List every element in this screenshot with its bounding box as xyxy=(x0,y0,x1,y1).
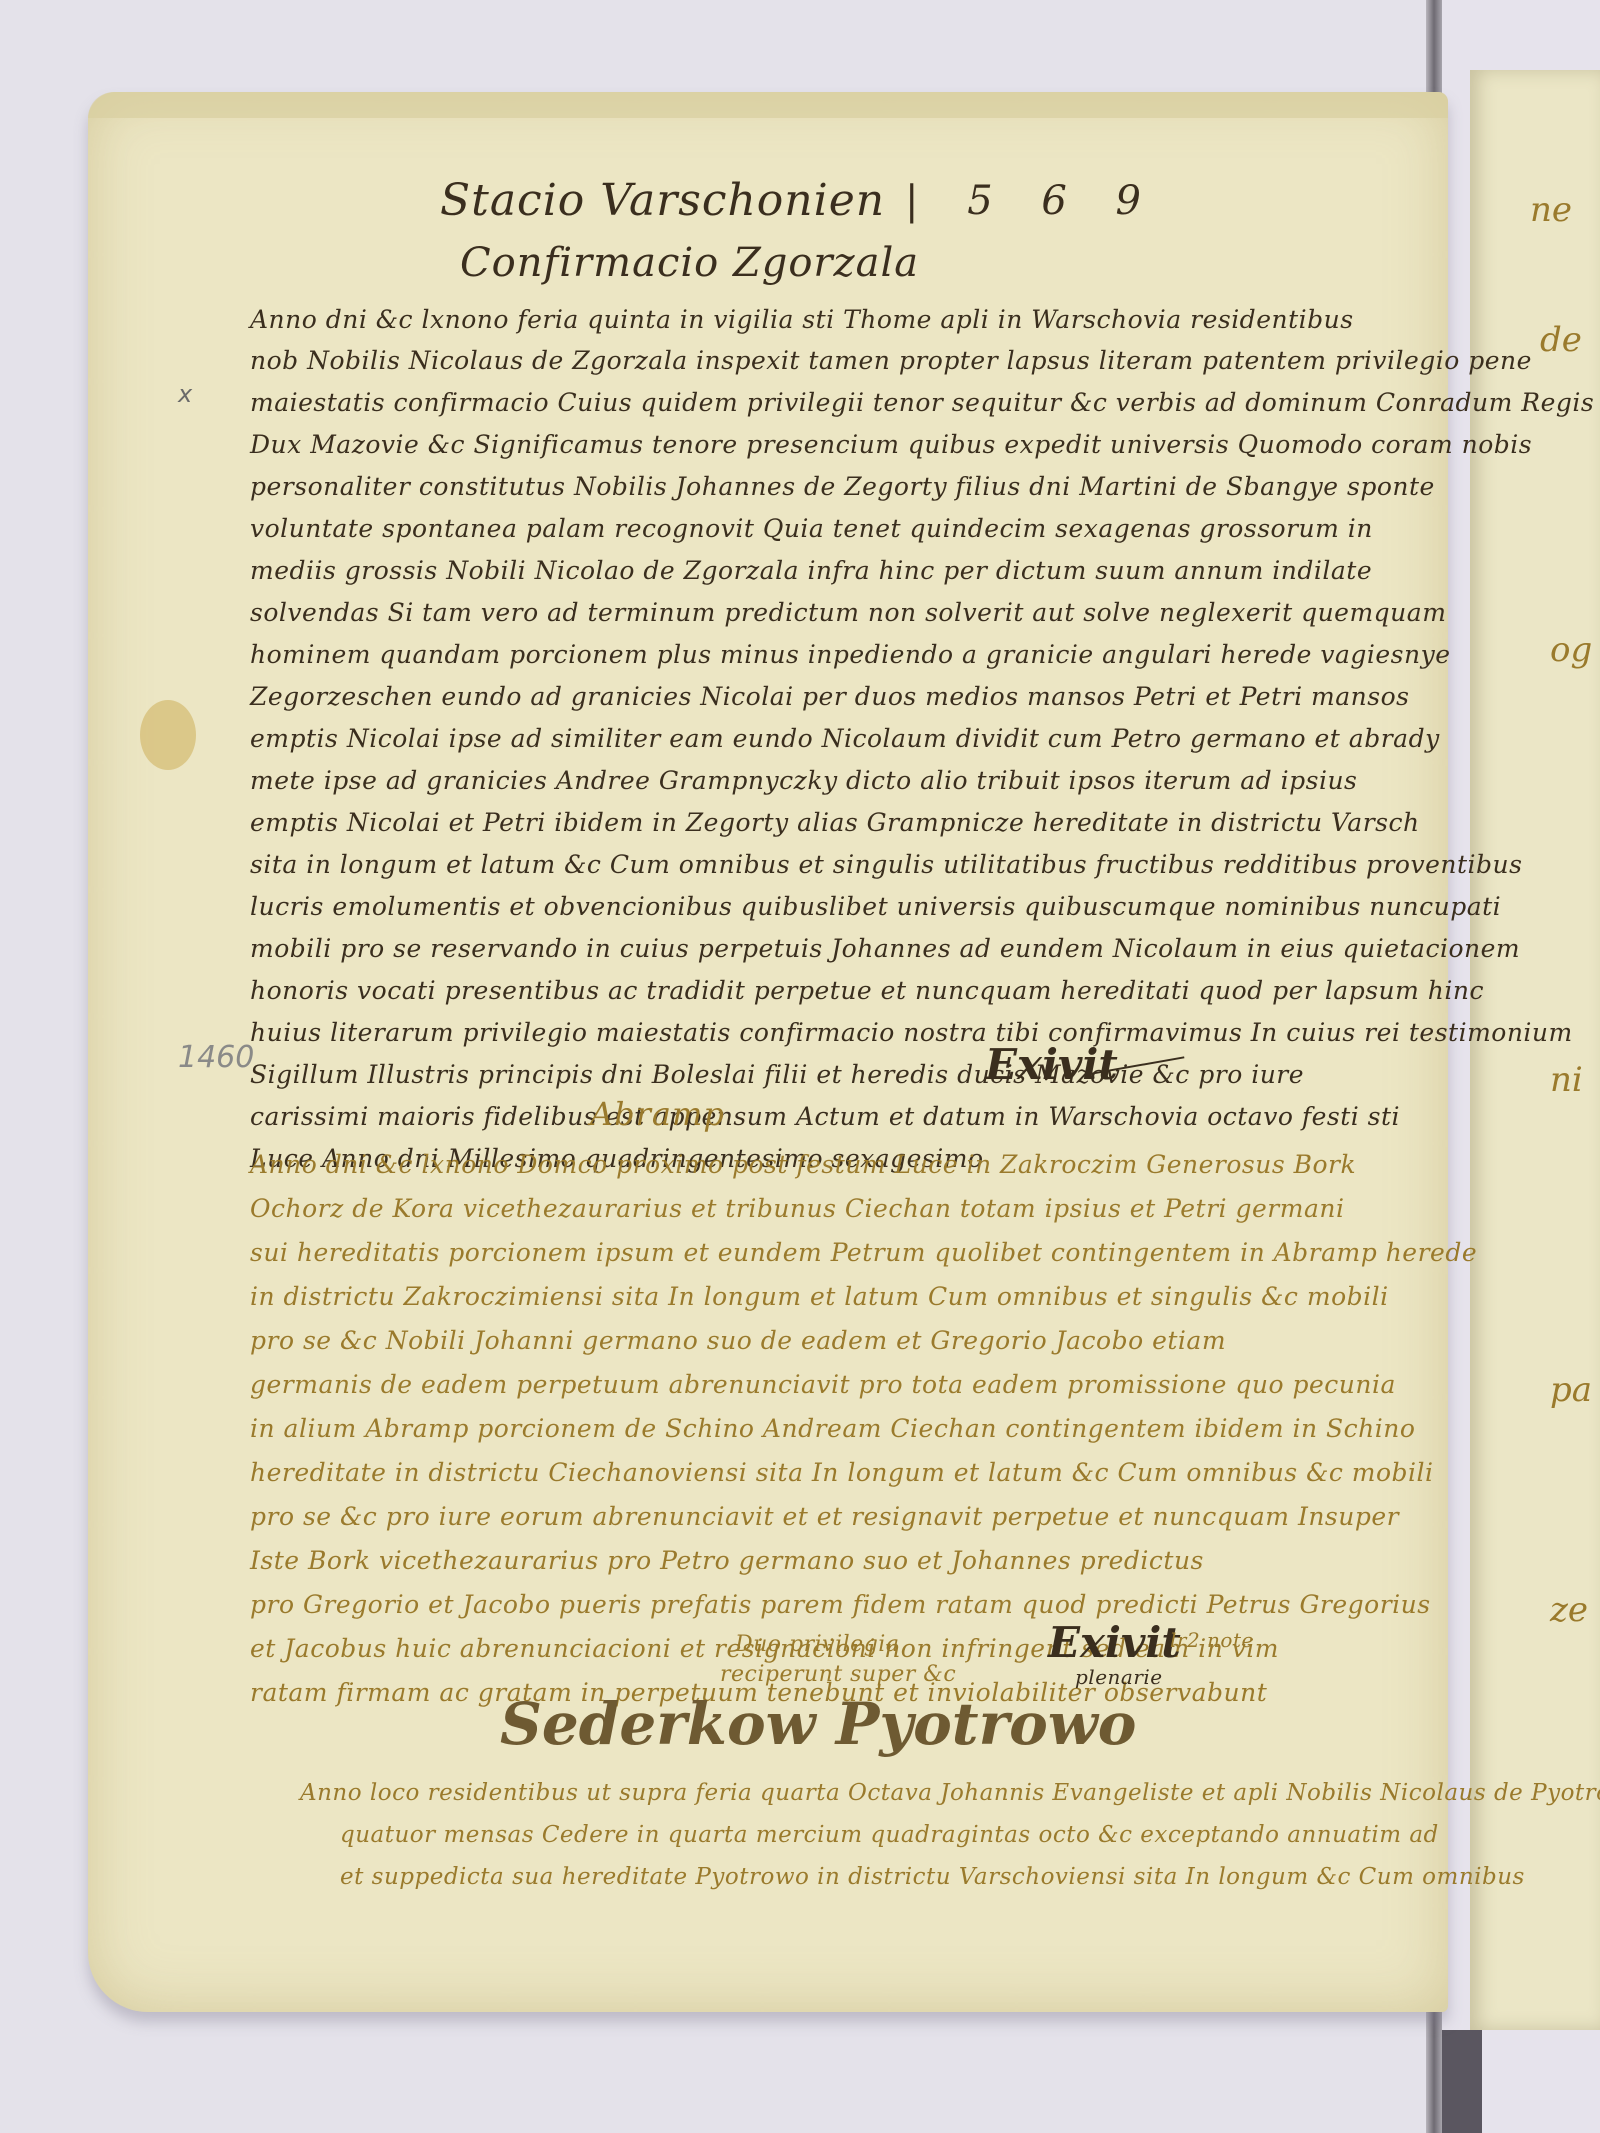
text-line: in districtu Zakroczimiensi sita In long… xyxy=(250,1282,1389,1311)
facing-page-fragment: ni xyxy=(1550,1060,1583,1100)
spine-shadow xyxy=(1442,2030,1482,2133)
side-note: reciperunt super &c xyxy=(720,1662,956,1687)
signature-note: lr2 note xyxy=(1170,1628,1254,1652)
text-line: mobili pro se reservando in cuius perpet… xyxy=(250,934,1520,963)
exivit-signature-2: Exivit xyxy=(1048,1618,1181,1667)
text-line: lucris emolumentis et obvencionibus quib… xyxy=(250,892,1501,921)
text-line: maiestatis confirmacio Cuius quidem priv… xyxy=(250,388,1594,417)
text-line: mediis grossis Nobili Nicolao de Zgorzal… xyxy=(250,556,1372,585)
text-line: Ochorz de Kora vicethezaurarius et tribu… xyxy=(250,1194,1344,1223)
text-line: Dux Mazovie &c Significamus tenore prese… xyxy=(250,430,1532,459)
text-line: sui hereditatis porcionem ipsum et eunde… xyxy=(250,1238,1477,1267)
entry-2-heading: Abramp xyxy=(590,1095,725,1133)
page-title-line1: Stacio Varschonien xyxy=(440,175,885,226)
text-line: Anno dni &c lxnono feria quinta in vigil… xyxy=(250,305,1354,334)
exivit-signature-1: Exivit xyxy=(985,1040,1118,1089)
facing-page-fragment: pa xyxy=(1550,1370,1592,1410)
facing-page-fragment: og xyxy=(1550,630,1592,670)
text-line: quatuor mensas Cedere in quarta mercium … xyxy=(340,1822,1439,1848)
facing-page-fragment: ze xyxy=(1550,1590,1588,1630)
text-line: personaliter constitutus Nobilis Johanne… xyxy=(250,472,1435,501)
text-line: pro se &c Nobili Johanni germano suo de … xyxy=(250,1326,1226,1355)
text-line: solvendas Si tam vero ad terminum predic… xyxy=(250,598,1446,627)
text-line: huius literarum privilegio maiestatis co… xyxy=(250,1018,1573,1047)
folio-number: | 5 6 9 xyxy=(905,178,1159,224)
text-line: Iste Bork vicethezaurarius pro Petro ger… xyxy=(250,1546,1204,1575)
entry-3-title: Sederkow Pyotrowo xyxy=(500,1690,1136,1758)
text-line: pro se &c pro iure eorum abrenunciavit e… xyxy=(250,1502,1399,1531)
text-line: mete ipse ad granicies Andree Grampnyczk… xyxy=(250,766,1357,795)
text-line: in alium Abramp porcionem de Schino Andr… xyxy=(250,1414,1415,1443)
facing-page-fragment: ne xyxy=(1530,190,1572,230)
facing-page-fragment: de xyxy=(1540,320,1582,360)
side-note: Duo privilegia xyxy=(735,1632,899,1657)
page-title-line2: Confirmacio Zgorzala xyxy=(460,240,919,286)
text-line: emptis Nicolai ipse ad similiter eam eun… xyxy=(250,724,1440,753)
water-stain xyxy=(140,700,196,770)
text-line: et suppedicta sua hereditate Pyotrowo in… xyxy=(340,1864,1525,1890)
text-line: carissimi maioris fidelibus est appensum… xyxy=(250,1102,1400,1131)
text-line: Anno loco residentibus ut supra feria qu… xyxy=(300,1780,1600,1806)
text-line: Zegorzeschen eundo ad granicies Nicolai … xyxy=(250,682,1409,711)
page-top-edge xyxy=(88,92,1448,118)
text-line: pro Gregorio et Jacobo pueris prefatis p… xyxy=(250,1590,1431,1619)
text-line: Anno dni &c lxnono Domco proximo post fe… xyxy=(250,1150,1356,1179)
text-line: honoris vocati presentibus ac tradidit p… xyxy=(250,976,1484,1005)
text-line: hereditate in districtu Ciechanoviensi s… xyxy=(250,1458,1434,1487)
text-line: emptis Nicolai et Petri ibidem in Zegort… xyxy=(250,808,1420,837)
text-line: nob Nobilis Nicolaus de Zgorzala inspexi… xyxy=(250,346,1532,375)
text-line: sita in longum et latum &c Cum omnibus e… xyxy=(250,850,1522,879)
text-line: germanis de eadem perpetuum abrenunciavi… xyxy=(250,1370,1396,1399)
pencil-year-note: 1460 xyxy=(178,1040,254,1075)
text-line: hominem quandam porcionem plus minus inp… xyxy=(250,640,1451,669)
text-line: voluntate spontanea palam recognovit Qui… xyxy=(250,514,1373,543)
signature-note-2: plenarie xyxy=(1075,1665,1163,1689)
margin-mark: x xyxy=(178,380,192,408)
